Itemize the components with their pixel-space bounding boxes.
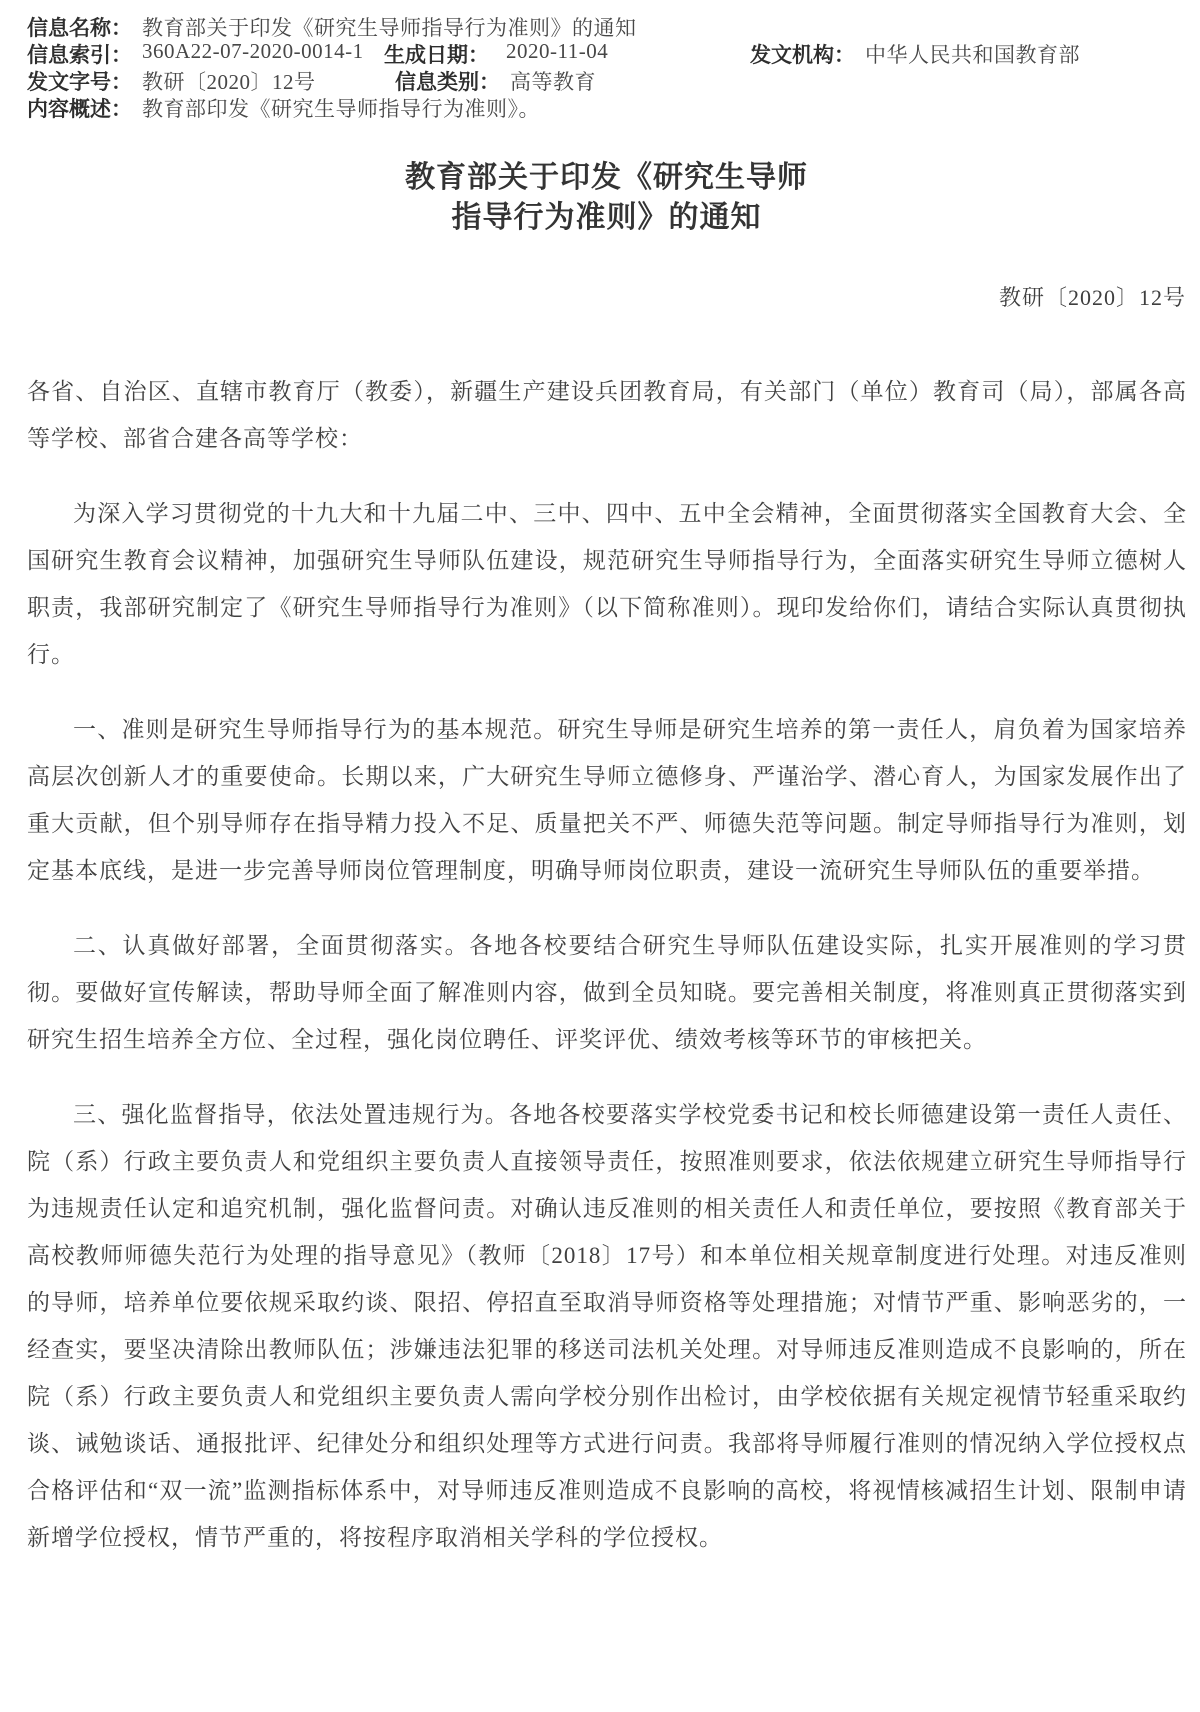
section-2-paragraph: 二、认真做好部署，全面贯彻落实。各地各校要结合研究生导师队伍建设实际，扎实开展准… xyxy=(27,922,1187,1063)
document-title-line-2: 指导行为准则》的通知 xyxy=(27,198,1186,238)
intro-paragraph: 为深入学习贯彻党的十九大和十九届二中、三中、四中、五中全会精神，全面贯彻落实全国… xyxy=(27,490,1187,678)
meta-label-info-index: 信息索引： xyxy=(27,39,132,69)
meta-label-doc-number: 发文字号： xyxy=(27,66,132,96)
meta-row-docno-category: 发文字号： 教研〔2020〕12号 信息类别： 高等教育 xyxy=(0,66,1200,93)
section-1-paragraph: 一、准则是研究生导师指导行为的基本规范。研究生导师是研究生培养的第一责任人，肩负… xyxy=(27,706,1187,894)
meta-row-info-name: 信息名称： 教育部关于印发《研究生导师指导行为准则》的通知 xyxy=(0,12,1200,39)
meta-value-info-category: 高等教育 xyxy=(510,66,596,96)
document-title-line-1: 教育部关于印发《研究生导师 xyxy=(27,158,1186,198)
meta-value-issuing-agency: 中华人民共和国教育部 xyxy=(865,39,1080,69)
document-title: 教育部关于印发《研究生导师 指导行为准则》的通知 xyxy=(27,158,1186,238)
document-body: 各省、自治区、直辖市教育厅（教委），新疆生产建设兵团教育局，有关部门（单位）教育… xyxy=(0,368,1200,1561)
meta-value-info-name: 教育部关于印发《研究生导师指导行为准则》的通知 xyxy=(142,12,637,42)
meta-label-info-category: 信息类别： xyxy=(395,66,500,96)
document-number: 教研〔2020〕12号 xyxy=(0,284,1200,312)
document-page: 信息名称： 教育部关于印发《研究生导师指导行为准则》的通知 信息索引： 360A… xyxy=(0,0,1200,1712)
meta-value-summary: 教育部印发《研究生导师指导行为准则》。 xyxy=(142,93,540,123)
meta-label-issuing-agency: 发文机构： xyxy=(750,39,855,69)
meta-label-summary: 内容概述： xyxy=(27,93,132,123)
meta-label-info-name: 信息名称： xyxy=(27,12,132,42)
meta-value-generated-date: 2020-11-04 xyxy=(506,39,608,64)
section-3-paragraph: 三、强化监督指导，依法处置违规行为。各地各校要落实学校党委书记和校长师德建设第一… xyxy=(27,1091,1187,1561)
meta-row-index-date-agency: 信息索引： 360A22-07-2020-0014-1 生成日期： 2020-1… xyxy=(0,39,1200,66)
meta-label-generated-date: 生成日期： xyxy=(384,39,489,69)
meta-value-info-index: 360A22-07-2020-0014-1 xyxy=(142,39,364,64)
meta-value-doc-number: 教研〔2020〕12号 xyxy=(142,66,316,96)
addressee-paragraph: 各省、自治区、直辖市教育厅（教委），新疆生产建设兵团教育局，有关部门（单位）教育… xyxy=(27,368,1187,462)
document-metadata: 信息名称： 教育部关于印发《研究生导师指导行为准则》的通知 信息索引： 360A… xyxy=(0,0,1200,120)
meta-row-summary: 内容概述： 教育部印发《研究生导师指导行为准则》。 xyxy=(0,93,1200,120)
